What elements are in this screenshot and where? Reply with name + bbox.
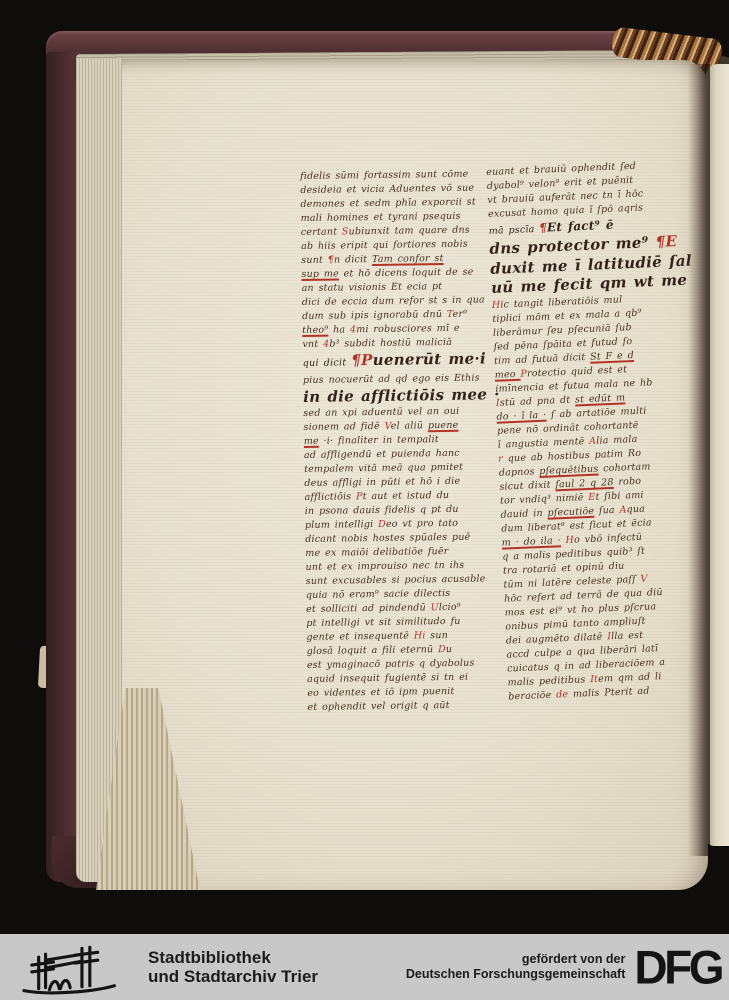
- manuscript-text-segment: St F e d: [590, 349, 634, 362]
- manuscript-text-segment: aquid insequit fugientē si tn ei: [307, 672, 468, 685]
- manuscript-text-line: et ophendit vel origit q aūt: [307, 699, 477, 715]
- manuscript-text-segment: est ymaginacō patris q dyabolus: [307, 658, 475, 671]
- manuscript-text-segment: in die afflictiōis mee ·: [303, 385, 500, 406]
- manuscript-text-line: sionem ad fidē Vel aliū puene: [304, 419, 474, 435]
- manuscript-text-segment: dicant nobis hostes spūales puē: [305, 532, 470, 545]
- manuscript-text-segment: de: [556, 689, 569, 700]
- manuscript-text-line: in die afflictiōis mee ·: [303, 385, 473, 407]
- manuscript-text-segment: Hi: [414, 630, 426, 641]
- library-logo-icon: [20, 941, 138, 997]
- manuscript-text-segment: sun: [425, 630, 448, 641]
- dfg-logo: DFG: [634, 944, 721, 991]
- manuscript-text-segment: robo: [613, 475, 641, 487]
- manuscript-text-segment: et solliciti ad pindendū: [306, 602, 431, 615]
- manuscript-text-segment: o vbō infectū: [574, 531, 642, 545]
- manuscript-text-segment: demones et sedm phīa exporcii st: [300, 197, 476, 210]
- manuscript-text-segment: pſequētibus: [539, 463, 599, 476]
- manuscript-text-segment: me: [304, 436, 319, 447]
- manuscript-text-segment: rotectio quid est et: [527, 364, 628, 379]
- manuscript-text-segment: ſaul 2 q 28: [555, 476, 614, 489]
- manuscript-text-segment: ſua: [594, 504, 620, 516]
- manuscript-text-segment: dauid in: [500, 507, 547, 520]
- manuscript-text-line: sunt excusables si pocius acusable: [306, 573, 476, 589]
- manuscript-text-segment: dapnos: [499, 466, 540, 479]
- manuscript-text-segment: ī angustia mentē: [497, 435, 589, 450]
- manuscript-text-segment: lcio⁹: [439, 602, 461, 613]
- manuscript-text-segment: t ſibi ami: [595, 489, 644, 502]
- manuscript-text-segment: ab hiis eripit qui fortiores nobis: [301, 239, 468, 252]
- manuscript-text-segment: sunt: [301, 255, 328, 266]
- manuscript-text-segment: in psona dauis fidelis q pt du: [305, 504, 459, 517]
- manuscript-text-segment: dum sub ipis ignorabū dnū: [302, 309, 447, 322]
- footer-banner: Stadtbibliothek und Stadtarchiv Trier ge…: [0, 934, 729, 1000]
- manuscript-text-segment: Et fact⁹ ē: [547, 218, 614, 235]
- manuscript-text-segment: me ex maiōi delibatiōe fuēr: [305, 546, 448, 559]
- manuscript-text-segment: ha: [328, 324, 350, 335]
- manuscript-text-segment: st edūt m: [575, 392, 626, 405]
- book-cover-left-edge: [46, 52, 80, 882]
- manuscript-text-segment: eo vt pro tato: [386, 518, 458, 530]
- manuscript-text-segment: el aliū: [391, 420, 428, 432]
- manuscript-text-segment: mā pscīa: [489, 224, 540, 237]
- manuscript-text-line: eo videntes et iō ipm puenit: [307, 685, 477, 701]
- manuscript-text-segment: tor vndiq³ nimiē: [500, 492, 589, 507]
- manuscript-text-line: dicant nobis hostes spūales puē: [305, 531, 475, 547]
- manuscript-text-segment: qui dicit: [303, 357, 352, 369]
- manuscript-text-segment: deus affligi in pūti et hō i die: [304, 476, 460, 489]
- manuscript-text-segment: stū ad pna dt: [500, 394, 576, 408]
- manuscript-text-segment: sunt excusables si pocius acusable: [306, 573, 486, 587]
- manuscript-text-segment: mi robusciores mī e: [356, 323, 460, 335]
- manuscript-text-segment: beraciōe: [508, 689, 556, 702]
- manuscript-text-segment: mali homines et tyrani psequis: [301, 211, 461, 224]
- manuscript-text-segment: do · ī la ·: [496, 409, 546, 422]
- manuscript-text-segment: D: [378, 519, 386, 530]
- manuscript-text-segment: qua: [626, 503, 645, 515]
- manuscript-text-segment: V: [640, 573, 648, 584]
- digitized-manuscript-view: fidelis sūmi fortassim sunt cōmedesideia…: [0, 0, 729, 1000]
- manuscript-text-segment: unt et ex improuiso nec tn ihs: [305, 560, 464, 573]
- manuscript-text-segment: ·i· finaliter in tempalit: [319, 434, 439, 447]
- manuscript-text-segment: ubiunxit tam quare dns: [349, 225, 470, 238]
- manuscript-text-line: ab hiis eripit qui fortiores nobis: [301, 238, 471, 254]
- manuscript-text-line: pt intelligi vt sit similitudo fu: [306, 615, 476, 631]
- manuscript-text-segment: gente et insequentē: [306, 630, 413, 642]
- manuscript-text-segment: plum intelligi: [305, 519, 378, 531]
- manuscript-text-segment: meo: [495, 368, 521, 380]
- manuscript-text-segment: U: [431, 602, 439, 613]
- funding-text-line2: Deutschen Forschungsgemeinschaft: [406, 967, 626, 982]
- manuscript-text-segment: cohortam: [598, 461, 651, 474]
- library-name-line1: Stadtbibliothek: [148, 948, 318, 968]
- manuscript-column-right: euant et brauiū ophendit ſeddyabol⁹ velo…: [486, 157, 723, 704]
- manuscript-text-segment: lla est: [611, 629, 643, 641]
- library-name: Stadtbibliothek und Stadtarchiv Trier: [148, 948, 318, 987]
- manuscript-text-segment: n dicit: [334, 254, 372, 266]
- manuscript-text-segment: an statu visionis Et ecia pt: [302, 281, 443, 294]
- manuscript-text-segment: quia nō eram⁹ sacie dilectis: [306, 588, 451, 601]
- manuscript-text-segment: er⁹: [453, 309, 468, 320]
- manuscript-text-segment: pius nocuerūt ad qd ego eis Ethis: [303, 372, 480, 385]
- manuscript-text-segment: vnt: [302, 339, 323, 350]
- manuscript-text-segment: afflictiōis: [304, 491, 356, 503]
- manuscript-text-segment: sicut dixit: [499, 479, 555, 492]
- manuscript-text-segment: ad affligendū et puienda hanc: [304, 448, 460, 461]
- manuscript-text-segment: sionem ad fidē: [304, 421, 385, 433]
- manuscript-text-segment: dei augmēto dilatē: [506, 631, 608, 646]
- manuscript-text-segment: m · do ila ·: [502, 535, 561, 548]
- manuscript-text-segment: ſ ab artatiōe multi: [546, 405, 647, 420]
- manuscript-text-line: sup me et hō dicens loquit de se: [301, 266, 471, 282]
- manuscript-text-segment: fidelis sūmi fortassim sunt cōme: [300, 169, 469, 182]
- manuscript-text-segment: ¶P: [351, 351, 373, 369]
- manuscript-text-segment: et ophendit vel origit q aūt: [307, 700, 449, 713]
- manuscript-text-segment: puene: [428, 420, 459, 431]
- manuscript-text-segment: Tam confor st: [372, 253, 444, 265]
- library-name-line2: und Stadtarchiv Trier: [148, 967, 318, 987]
- manuscript-text-segment: pſecutiōe: [547, 505, 594, 518]
- manuscript-text-segment: certant: [301, 226, 342, 238]
- manuscript-text-segment: malis Pterit ad: [568, 685, 650, 699]
- manuscript-text-segment: tim ad futuā dicit: [494, 351, 590, 366]
- manuscript-text-segment: pt intelligi vt sit similitudo fu: [306, 616, 460, 629]
- funding-text-line1: gefördert von der: [406, 952, 626, 967]
- funding-credit: gefördert von der Deutschen Forschungsge…: [406, 952, 626, 982]
- manuscript-text-segment: ¶E: [655, 232, 677, 251]
- manuscript-text-segment: lia mala: [596, 433, 638, 446]
- manuscript-text-segment: sup me: [301, 268, 339, 280]
- manuscript-text-segment: t aut et istud du: [363, 490, 450, 502]
- manuscript-text-segment: desideia et vicia Aduentes vō sue: [300, 183, 474, 196]
- manuscript-text-segment: glosā loquit a fili eternū: [307, 644, 438, 657]
- manuscript-text-segment: tempalem vitā meā qua pmitet: [304, 462, 463, 475]
- manuscript-text-line: qui dicit ¶Puenerūt me·i: [303, 350, 473, 374]
- manuscript-text-segment: b³ subdit hostiū maliciā: [329, 337, 452, 350]
- manuscript-text-segment: theo⁹: [302, 325, 328, 336]
- manuscript-text-segment: et hō dicens loquit de se: [339, 267, 474, 280]
- manuscript-text-segment: uenerūt me·i: [373, 349, 487, 369]
- manuscript-text-segment: em qm ad li: [598, 671, 662, 685]
- manuscript-text-segment: malis peditibus: [507, 674, 590, 688]
- manuscript-text-segment: u: [446, 644, 452, 655]
- manuscript-text-segment: sed an xpi aduentū vel an oui: [303, 406, 459, 419]
- manuscript-text-segment: dici de eccia dum refor st s in qua: [302, 294, 485, 308]
- manuscript-column-left: fidelis sūmi fortassim sunt cōmedesideia…: [300, 168, 478, 715]
- manuscript-text-segment: eo videntes et iō ipm puenit: [307, 686, 454, 699]
